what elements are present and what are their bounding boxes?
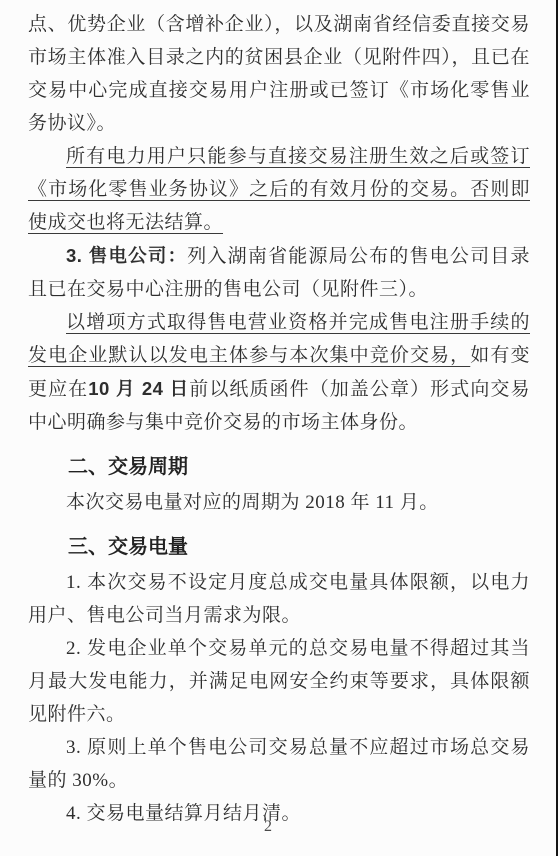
document-body: 点、优势企业（含增补企业），以及湖南省经信委直接交易市场主体准入目录之内的贫困县… (28, 8, 530, 830)
paragraph-trading-period: 本次交易电量对应的周期为 2018 年 11 月。 (28, 486, 530, 519)
paragraph-volume-item2: 2. 发电企业单个交易单元的总交易电量不得超过其当月最大发电能力，并满足电网安全… (28, 632, 530, 731)
addition-deadline-date: 10 月 24 日 (88, 378, 189, 399)
heading-section2-trading-period: 二、交易周期 (28, 451, 530, 484)
paragraph-item3-seller-companies: 3. 售电公司：列入湖南省能源局公布的售电公司目录且已在交易中心注册的售电公司（… (28, 239, 530, 306)
document-page: 点、优势企业（含增补企业），以及湖南省经信委直接交易市场主体准入目录之内的贫困县… (0, 0, 560, 856)
scan-edge-line (556, 0, 558, 856)
item3-bold-label: 3. 售电公司： (66, 245, 187, 266)
page-number: 2 (0, 818, 536, 836)
heading-section3-trading-volume: 三、交易电量 (28, 531, 530, 564)
paragraph-addition-method: 以增项方式取得售电营业资格并完成售电注册手续的发电企业默认以发电主体参与本次集中… (28, 306, 530, 439)
paragraph-volume-item1: 1. 本次交易不设定月度总成交电量具体限额，以电力用户、售电公司当月需求为限。 (28, 566, 530, 632)
paragraph-all-users-underlined: 所有电力用户只能参与直接交易注册生效之后或签订《市场化零售业务协议》之后的有效月… (28, 140, 530, 239)
paragraph-volume-item3: 3. 原则上单个售电公司交易总量不应超过市场总交易量的 30%。 (28, 731, 530, 797)
paragraph-continuation: 点、优势企业（含增补企业），以及湖南省经信委直接交易市场主体准入目录之内的贫困县… (28, 8, 530, 140)
addition-underlined-text: 以增项方式取得售电营业资格并完成售电注册手续的发电企业默认以发电主体参与本次集中… (28, 312, 530, 366)
